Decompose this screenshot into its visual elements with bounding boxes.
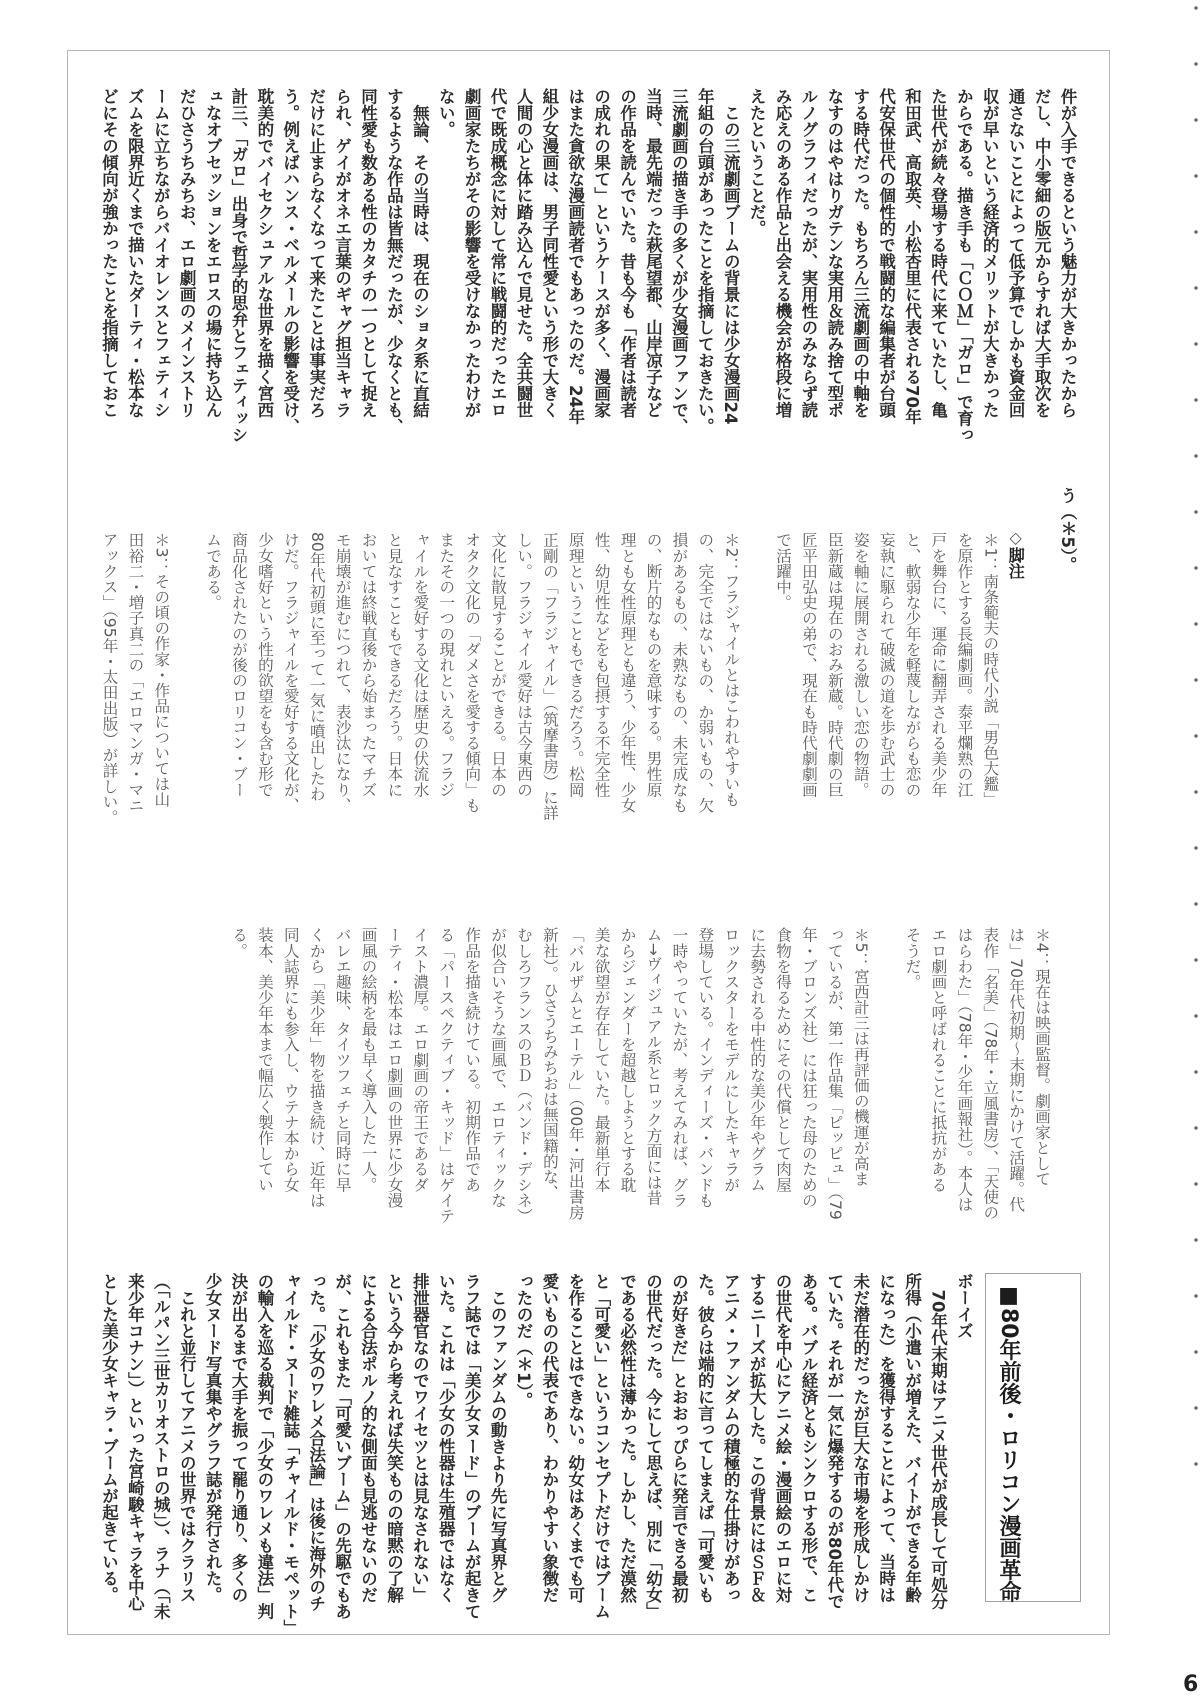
text-column: ＊2：フラジャイルとはこわれやすいも xyxy=(717,532,743,824)
text-column: 年・ブロンズ社）には狂った母のための xyxy=(795,927,821,1219)
text-column: 計三、「ガロ」出身で哲学的思弁とフェティッシ xyxy=(225,88,251,428)
footnote-5: ＊5：宮西計三は再評価の機運が高ま っているが、第一作品集「ピッピュ」（79 年… xyxy=(225,927,873,1219)
text-column: エロ劇画と呼ばれることに抵抗がある xyxy=(925,927,951,1219)
text-column: モ崩壊が進むにつれて、表沙汰になり、 xyxy=(329,532,355,824)
text-column: ラフ誌では「美少女ヌード」のブームが起きて xyxy=(458,1273,484,1613)
text-column: 性、幼児性などをも包摂する不完全性 xyxy=(588,532,614,824)
text-column: と見なすこともできるだろう。日本に xyxy=(381,532,407,824)
column-spacer xyxy=(743,532,769,824)
text-column: けだ。フラジャイルを愛好する文化が、 xyxy=(277,532,303,824)
text-column: 代安保世代の個性的で戦闘的な編集者が台頭 xyxy=(873,88,899,428)
text-column: ＊3：その頃の作家・作品については山 xyxy=(147,532,173,824)
text-column: 田裕二・増子真二の「エロマンガ・マニ xyxy=(122,532,148,824)
section-heading-box: ■80年前後・ロリコン漫画革命 xyxy=(985,1273,1081,1602)
text-column: 商品化されたのが後のロリコン・ブー xyxy=(225,532,251,824)
text-column: 決が出るまで大手を振って罷り通り、多くの xyxy=(225,1273,251,1613)
text-column: 姿を軸に展開される激しい恋の物語。 xyxy=(847,532,873,824)
text-column: 劇画家たちがその影響を受けなかったわけが xyxy=(458,88,484,428)
footnote-3: ＊3：その頃の作家・作品については山 田裕二・増子真二の「エロマンガ・マニ アッ… xyxy=(96,532,174,824)
text-column: 原理ということもできるだろう。松岡 xyxy=(562,532,588,824)
text-column: た世代が続々登場する時代に来ていたし、亀 xyxy=(925,88,951,428)
diamond-icon: ◇ xyxy=(1006,528,1025,547)
text-column: 新社）。ひさうちみちおは無国籍的な、 xyxy=(536,927,562,1219)
text-column: むしろフランスのＢＤ（バンド・デシネ） xyxy=(510,927,536,1219)
text-column: なすのはやはりガテンな実用＆読み捨て型ポ xyxy=(821,88,847,428)
text-column: 未だ潜在的だったが巨大な市場を形成しかけ xyxy=(847,1273,873,1613)
text-column: ていた。それが一気に爆発するのが80年代で xyxy=(821,1273,847,1613)
text-column: のが好きだ」とおおっぴらに発言できる最初 xyxy=(666,1273,692,1613)
text-column: 戸を舞台に、運命に翻弄される美少年 xyxy=(925,532,951,824)
text-column: ームに立ちながらバイオレンスとフェティシ xyxy=(147,88,173,428)
text-column: っているが、第一作品集「ピッピュ」（79 xyxy=(821,927,847,1219)
footnote-heading: ◇脚注 xyxy=(1002,528,1028,588)
text-column: み応えのある作品と出会える機会が格段に増 xyxy=(769,88,795,428)
footnote-2: ＊2：フラジャイルとはこわれやすいも の、完全ではないもの、か弱いもの、欠 損が… xyxy=(199,532,743,824)
text-column: ったのだ（＊1）。 xyxy=(510,1273,536,1613)
text-column: するような作品は皆無だったが、少なくとも、 xyxy=(381,88,407,428)
text-column: ロックスターをモデルにしたキャラが xyxy=(717,927,743,1219)
text-column: このファンダムの動きより先に写真界とグ xyxy=(484,1273,510,1613)
lower-main-text: ボーイズ 70年代末期はアニメ世代が成長して可処分 所得（小遣いが増えた、バイト… xyxy=(96,1273,977,1613)
text-column: とした美少女キャラ・ブームが起きている。 xyxy=(96,1273,122,1613)
text-column: ＊5：宮西計三は再評価の機運が高ま xyxy=(847,927,873,1219)
column-spacer xyxy=(873,927,899,1219)
text-column: おいては終戦直後から始まったマチズ xyxy=(355,532,381,824)
text-column: られ、ゲイがオネエ言葉のギャグ担当キャラ xyxy=(329,88,355,428)
text-column: だし、中小零細の版元からすれば大手取次を xyxy=(1028,88,1054,428)
text-column: 装本、美少年本まで幅広く製作してい xyxy=(251,927,277,1219)
text-column: が、これもまた「可愛いブーム」の先駆でもあ xyxy=(329,1273,355,1613)
continued-main-text: う（＊5）。 xyxy=(1054,487,1080,827)
text-column: は」70年代初期～末期にかけて活躍。代 xyxy=(1002,927,1028,1219)
text-column: くから「美少年」物を描き続け、近年は xyxy=(303,927,329,1219)
page-number: 6 xyxy=(1183,1672,1198,1697)
text-column: る。 xyxy=(225,927,251,1219)
text-column: の、断片的なものを意味する。男性原 xyxy=(640,532,666,824)
text-column: からジェンダーを超越しようとする耽 xyxy=(614,927,640,1219)
text-column: による合法ポルノ的な側面も見逃せないのだ xyxy=(355,1273,381,1613)
text-column: バレエ趣味、タイツフェチと同時に早 xyxy=(329,927,355,1219)
text-column: 少女嗜好という性的欲望をも含む形で xyxy=(251,532,277,824)
text-column: 愛いものの代表であり、わかりやすい象徴だ xyxy=(536,1273,562,1613)
text-column: 三流劇画の描き手の多くが少女漫画ファンで、 xyxy=(665,88,691,428)
text-column: で活躍中。 xyxy=(769,532,795,824)
text-column: 文化に散見することができる。日本の xyxy=(484,532,510,824)
text-column: 美な欲望が存在していた。最新単行本 xyxy=(588,927,614,1219)
text-column: 当時、最先端だった萩尾望都、山岸凉子など xyxy=(640,88,666,428)
text-column: という今から考えれば失笑ものの暗黙の了解 xyxy=(381,1273,407,1613)
text-column: の世代だった。今にして思えば、別に「幼女」 xyxy=(640,1273,666,1613)
text-column: 匠平田弘史の弟で、現在も時代劇劇画 xyxy=(795,532,821,824)
text-column: ボーイズ xyxy=(950,1273,976,1613)
scan-edge-dots xyxy=(1192,4,1200,1474)
text-column: 来少年コナン」）といった宮崎駿キャラを中心 xyxy=(121,1273,147,1613)
text-column: からである。描き手も「ＣＯＭ」「ガロ」で育っ xyxy=(950,88,976,428)
text-column: 件が入手できるという魅力が大きかったから xyxy=(1054,88,1080,428)
text-column: が似合いそうな画風で、エロティックな xyxy=(484,927,510,1219)
text-column: 排泄器官なのでワイセツとは見なされない」 xyxy=(406,1273,432,1613)
text-column: 和田武、高取英、小松杏里に代表される70年 xyxy=(899,88,925,428)
text-column: 無論、その当時は、現在のショタ系に直結 xyxy=(406,88,432,428)
text-column: と、軟弱な少年を軽蔑しながらも恋の xyxy=(899,532,925,824)
text-column: 通さないことによって低予算でしかも資金回 xyxy=(1002,88,1028,428)
text-column: の、完全ではないもの、か弱いもの、欠 xyxy=(691,532,717,824)
text-column: 所得（小遣いが増えた、バイトができる年齢 xyxy=(899,1273,925,1613)
column-spacer xyxy=(173,532,199,824)
text-column: オタク文化の「ダメさを愛する傾向」も xyxy=(458,532,484,824)
text-column: イスト濃厚。エロ劇画の帝王であるダ xyxy=(406,927,432,1219)
text-column: 70年代末期はアニメ世代が成長して可処分 xyxy=(925,1273,951,1613)
text-column: ャイルド・ヌード雑誌「チャイルド・モペット」 xyxy=(277,1273,303,1613)
text-column: 損があるもの、未熟なもの、未完成なも xyxy=(666,532,692,824)
text-column: 食物を得るためにその代償として肉屋 xyxy=(769,927,795,1219)
text-column: しい。フラジャイル愛好は古今東西の xyxy=(510,532,536,824)
text-column: った。「少女のワレメ合法論」は後に海外のチ xyxy=(303,1273,329,1613)
text-column: う。例えばハンス・ベルメールの影響を受け、 xyxy=(277,88,303,428)
text-column: 画風の絵柄を最も早く導入した一人。 xyxy=(355,927,381,1219)
text-column: ある。バブル経済ともシンクロする形で、こ xyxy=(795,1273,821,1613)
text-column: 代で既成概念に対して常に戦闘的だったエロ xyxy=(484,88,510,428)
text-column: ＊4：現在は映画監督。劇画家として xyxy=(1028,927,1054,1219)
text-column: 人間の心と体に踏み込んで見せた。全共闘世 xyxy=(510,88,536,428)
text-column: 収が早いという経済的メリットが大きかった xyxy=(976,88,1002,428)
text-column: だひさうちみちお、エロ劇画のメインストリ xyxy=(173,88,199,428)
section-heading: ■80年前後・ロリコン漫画革命 xyxy=(994,1283,1022,1603)
footnotes-tier-a: ＊1：南条範夫の時代小説「男色大鑑」 を原作とする長編劇画。泰平爛熟の江 戸を舞… xyxy=(96,532,1003,824)
section-heading-title: 80年前後・ロリコン漫画革命 xyxy=(996,1308,1021,1603)
text-column: 同人誌界にも参入し、ウテナ本から女 xyxy=(277,927,303,1219)
text-column: はらわた」（78年・少年画報社）。本人は xyxy=(950,927,976,1219)
text-column: ム→ヴィジュアル系とロック方面には昔 xyxy=(640,927,666,1219)
text-column: ルノグラフィだったが、実用性のみならず読 xyxy=(795,88,821,428)
text-column: 組少女漫画は、男子同性愛という形で大きく xyxy=(536,88,562,428)
text-column: 正剛の「フラジャイル」（筑摩書房）に詳 xyxy=(536,532,562,824)
text-column: どにその傾向が強かったことを指摘しておこ xyxy=(96,88,122,428)
text-column: そうだ。 xyxy=(899,927,925,1219)
text-column: と「可愛い」というコンセプトだけではブーム xyxy=(588,1273,614,1613)
text-column: アニメ・ファンダムの積極的な仕掛けがあっ xyxy=(717,1273,743,1613)
text-column: に去勢される中性的な美少年やグラム xyxy=(743,927,769,1219)
text-column: の世代を中心にアニメ絵・漫画絵のエロに対 xyxy=(769,1273,795,1613)
text-column: ＊1：南条範夫の時代小説「男色大鑑」 xyxy=(976,532,1002,824)
square-bullet-icon: ■ xyxy=(996,1283,1021,1308)
text-column: えたということだ。 xyxy=(743,88,769,428)
text-column: 耽美的でバイセクシュアルな世界を描く宮西 xyxy=(251,88,277,428)
footnote-1: ＊1：南条範夫の時代小説「男色大鑑」 を原作とする長編劇画。泰平爛熟の江 戸を舞… xyxy=(769,532,1002,824)
text-column: これと並行してアニメの世界ではクラリス xyxy=(173,1273,199,1613)
upper-main-text: 件が入手できるという魅力が大きかったから だし、中小零細の版元からすれば大手取次… xyxy=(96,88,1080,428)
text-column: だけに止まらなくなって来たことは事実だろ xyxy=(303,88,329,428)
footnote-4: ＊4：現在は映画監督。劇画家として は」70年代初期～末期にかけて活躍。代 表作… xyxy=(899,927,1054,1219)
text-column: の輸入を巡る裁判で「少女のワレメも違法」判 xyxy=(251,1273,277,1613)
text-column: ャイルを愛好する文化は歴史の伏流水 xyxy=(406,532,432,824)
text-column: を作ることはできない。幼女はあくまでも可 xyxy=(562,1273,588,1613)
text-column: 年組の台頭があったことを指摘しておきたい。 xyxy=(691,88,717,428)
text-column: 妄執に駆られて破滅の道を歩む武士の xyxy=(873,532,899,824)
text-column: 「バルザムとエーテル」（00年・河出書房 xyxy=(562,927,588,1219)
text-column: 一時やっていたが、考えてみれば、グラ xyxy=(666,927,692,1219)
text-column: 同性愛も数ある性のカタチの一つとして捉え xyxy=(355,88,381,428)
text-column: た。彼らは端的に言ってしまえば「可愛いも xyxy=(691,1273,717,1613)
text-column: ない。 xyxy=(432,88,458,428)
text-column: る「パースペクティブ・キッド」はゲイテ xyxy=(432,927,458,1219)
text-column: ーティ・松本はエロ劇画の世界に少女漫 xyxy=(381,927,407,1219)
text-column: ムである。 xyxy=(199,532,225,824)
text-column: の成れの果て」というケースが多く、漫画家 xyxy=(588,88,614,428)
text-column: アックス」（95年・太田出版）が詳しい。 xyxy=(96,532,122,824)
text-column: である必然性は薄かった。しかし、ただ漠然 xyxy=(614,1273,640,1613)
text-column: 少女ヌード写真集やグラフ誌が発行された。 xyxy=(199,1273,225,1613)
text-column: 登場している。インディーズ・バンドも xyxy=(691,927,717,1219)
text-column: いた。これは「少女の性器は生殖器ではなく xyxy=(432,1273,458,1613)
text-column: になった）を獲得することによって、当時は xyxy=(873,1273,899,1613)
text-column: する時代だった。もちろん三流劇画の中軸を xyxy=(847,88,873,428)
footnote-heading-line: ◇脚注 xyxy=(1002,528,1028,588)
text-column: 表作「名美」（78年・立風書房）、「天使の xyxy=(976,927,1002,1219)
text-column: ズムを限界近くまで描いたダーティ・松本な xyxy=(121,88,147,428)
footnotes-tier-b: ＊4：現在は映画監督。劇画家として は」70年代初期～末期にかけて活躍。代 表作… xyxy=(225,927,1054,1219)
text-column: はまた貪欲な漫画読者でもあったのだ。24年 xyxy=(562,88,588,428)
text-column: するニーズが拡大した。この背景にはＳＦ＆ xyxy=(743,1273,769,1613)
text-column: を原作とする長編劇画。泰平爛熟の江 xyxy=(950,532,976,824)
text-column: ュなオブセッションをエロスの場に持ち込ん xyxy=(199,88,225,428)
footnote-heading-label: 脚注 xyxy=(1006,547,1025,579)
text-column: 作品を描き続けている。初期作品であ xyxy=(458,927,484,1219)
text-column: またその一つの現れといえる。フラジ xyxy=(432,532,458,824)
text-column: 理とも女性原理とも違う、少年性、少女 xyxy=(614,532,640,824)
text-column: 80年代初頭に至って一気に噴出したわ xyxy=(303,532,329,824)
text-column: 臣新蔵は現在のおみ新蔵。時代劇の巨 xyxy=(821,532,847,824)
text-column: この三流劇画ブームの背景には少女漫画24 xyxy=(717,88,743,428)
text-column: （「ルパン三世カリオストロの城」）、ラナ（「未 xyxy=(147,1273,173,1613)
text-column: う（＊5）。 xyxy=(1054,487,1080,827)
text-column: の作品を読んでいた。昔も今も「作者は読者 xyxy=(614,88,640,428)
